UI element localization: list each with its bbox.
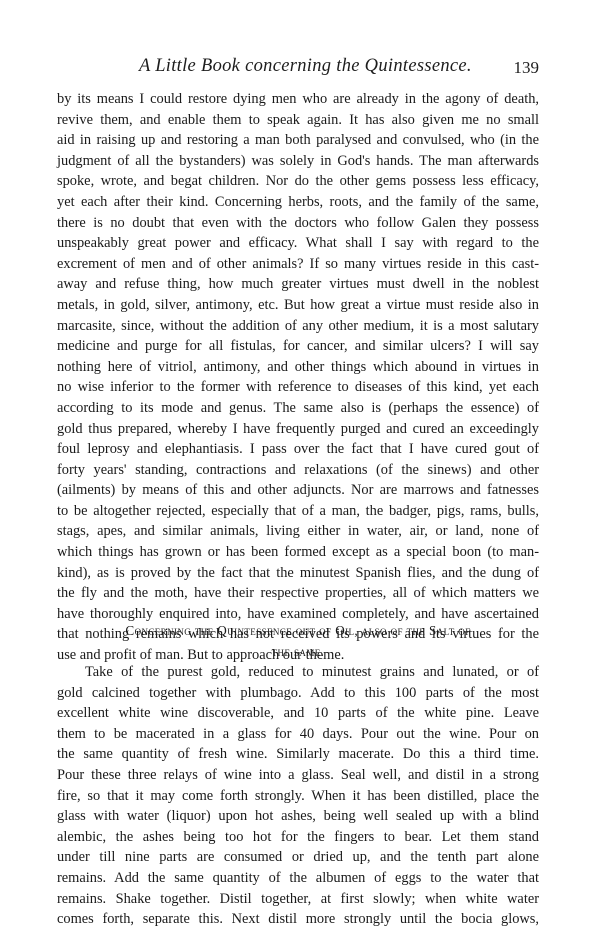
text-line: forty years' standing, contractions and … <box>57 460 539 481</box>
text-line: the same quantity of fresh wine. Similar… <box>57 744 539 765</box>
text-line: remains. Shake together. Distil together… <box>57 889 539 910</box>
section-heading: Concerning the Quintessence out of Oil, … <box>57 620 539 661</box>
text-line: spoke, wrote, and begat children. Nor do… <box>57 171 539 192</box>
text-line: under till nine parts are consumed or dr… <box>57 847 539 868</box>
text-line: there is no doubt that even with the doc… <box>57 213 539 234</box>
text-line: remains. Add the same quantity of the al… <box>57 868 539 889</box>
text-line: according to its mode and genus. The sam… <box>57 398 539 419</box>
text-line: comes forth, separate this. Next distil … <box>57 909 539 930</box>
text-line: yet each after their kind. Concerning he… <box>57 192 539 213</box>
text-line: glass with water (liquor) upon hot ashes… <box>57 806 539 827</box>
text-line: judgment of all the bystanders) was sole… <box>57 151 539 172</box>
text-line: metals, in gold, silver, antimony, etc. … <box>57 295 539 316</box>
text-line: to be altogether rejected, especially th… <box>57 501 539 522</box>
heading-line: the same. <box>57 641 539 662</box>
text-line: nothing here of vitriol, antimony, and o… <box>57 357 539 378</box>
text-line: by its means I could restore dying men w… <box>57 89 539 110</box>
recipe-paragraph: Take of the purest gold, reduced to minu… <box>57 662 539 930</box>
text-line: the fly and the moth, have their respect… <box>57 583 539 604</box>
text-line: foul leprosy and elephantiasis. I pass o… <box>57 439 539 460</box>
text-line: Take of the purest gold, reduced to minu… <box>57 662 539 683</box>
page-number: 139 <box>514 58 540 78</box>
text-line: no wise inferior to the former with refe… <box>57 377 539 398</box>
text-line: which things has grown or has been forme… <box>57 542 539 563</box>
text-line: medicine and purge for all fistulas, for… <box>57 336 539 357</box>
text-line: fire, so that it may come forth strongly… <box>57 786 539 807</box>
text-line: alembic, the ashes being too hot for the… <box>57 827 539 848</box>
text-line: gold thus prepared, whereby I have frequ… <box>57 419 539 440</box>
text-line: stags, apes, and similar animals, living… <box>57 521 539 542</box>
text-line: marcasite, since, without the addition o… <box>57 316 539 337</box>
paragraph-continued: by its means I could restore dying men w… <box>57 89 539 666</box>
text-line: (ailments) by means of this and other ad… <box>57 480 539 501</box>
text-line: unspeakably great power and efficacy. Wh… <box>57 233 539 254</box>
heading-line: Concerning the Quintessence out of Oil, … <box>57 620 539 641</box>
running-title: A Little Book concerning the Quintessenc… <box>139 56 472 77</box>
text-line: kind), as is proved by the fact that the… <box>57 563 539 584</box>
text-line: aid in raising up and restoring a man bo… <box>57 130 539 151</box>
text-line: excellent white wine discoverable, and 1… <box>57 703 539 724</box>
running-header: A Little Book concerning the Quintessenc… <box>57 56 539 82</box>
text-line: revive them, and enable them to speak ag… <box>57 110 539 131</box>
text-line: them to be macerated in a glass for 40 d… <box>57 724 539 745</box>
text-line: gold calcined together with plumbago. Ad… <box>57 683 539 704</box>
text-line: excrement of men and of other animals? I… <box>57 254 539 275</box>
text-line: Pour these three relays of wine into a g… <box>57 765 539 786</box>
text-line: away and refuse thing, how much greater … <box>57 274 539 295</box>
